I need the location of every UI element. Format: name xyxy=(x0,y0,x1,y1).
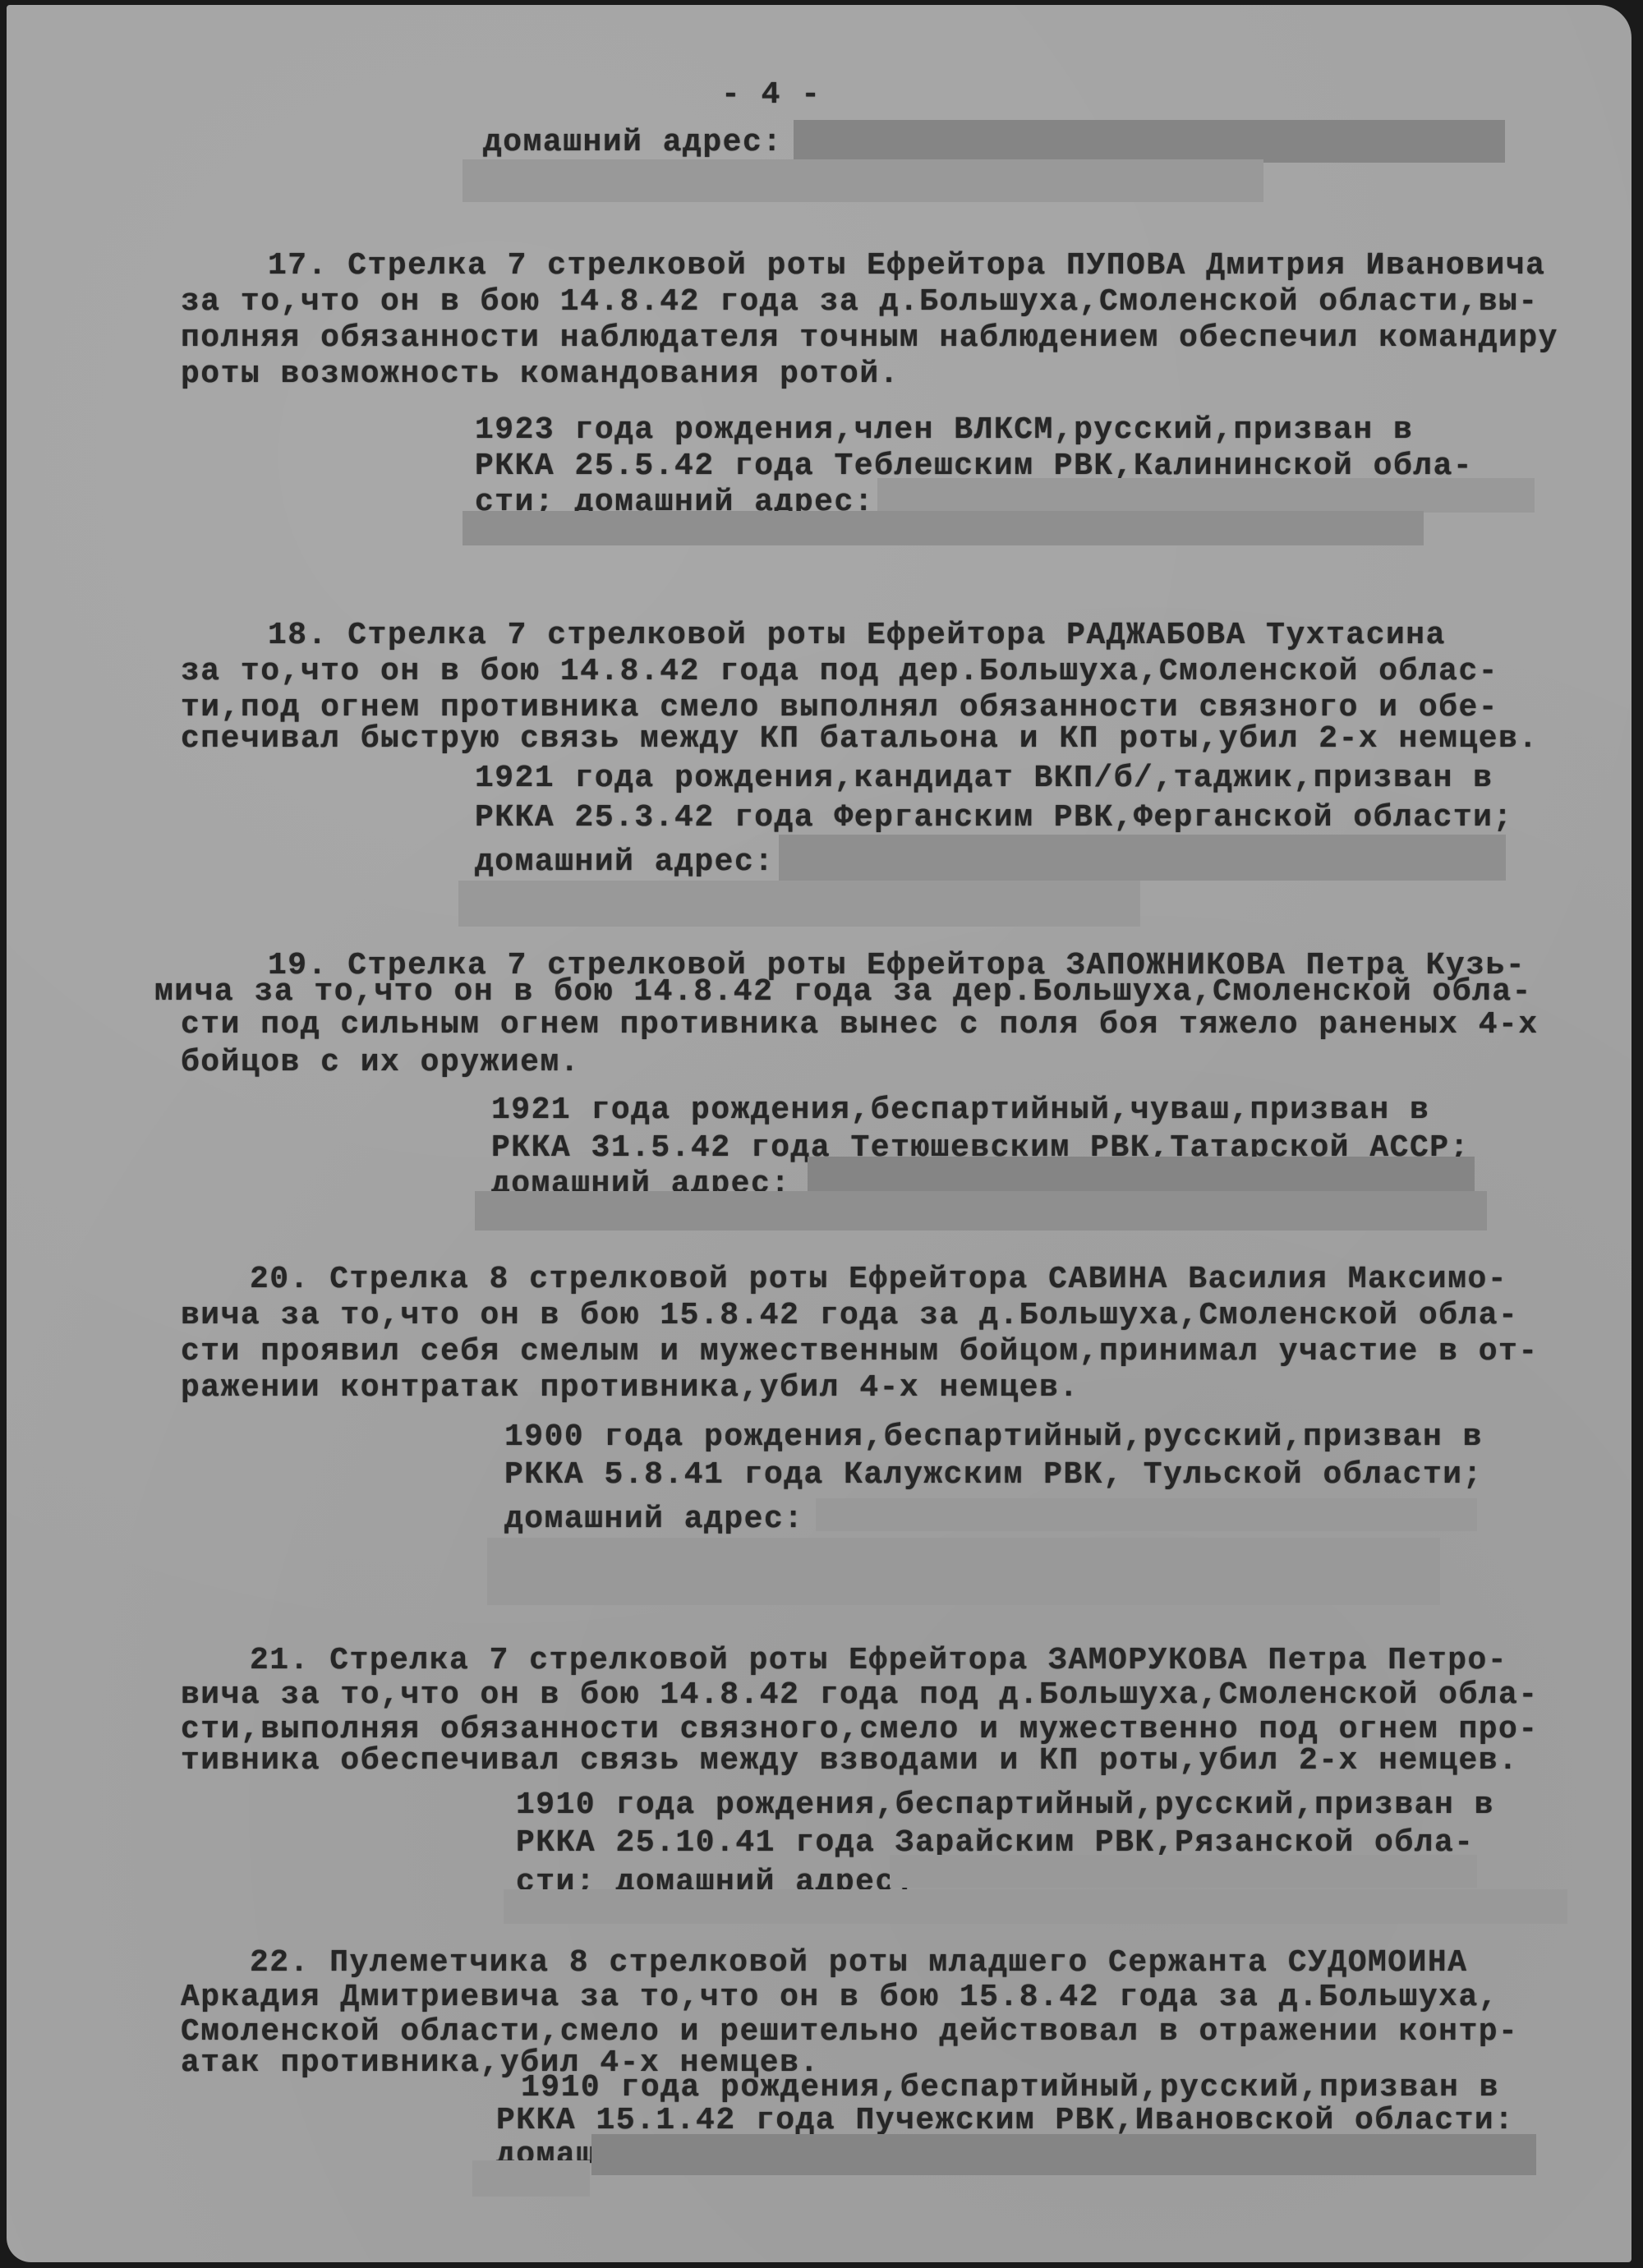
entry-line: спечивал быструю связь между КП батальон… xyxy=(181,721,1539,757)
redacted-address xyxy=(504,1889,1567,1924)
redacted-address xyxy=(591,2134,1536,2175)
redacted-address xyxy=(808,1157,1475,1191)
bio-line: 1921 года рождения,кандидат ВКП/б/,таджи… xyxy=(475,761,1493,797)
entry-line: 17. Стрелка 7 стрелковой роты Ефрейтора … xyxy=(268,248,1545,284)
entry-line: 18. Стрелка 7 стрелковой роты Ефрейтора … xyxy=(268,618,1446,654)
entry-line: вича за то,что он в бою 15.8.42 года за … xyxy=(181,1298,1518,1334)
entry-line: за то,что он в бою 14.8.42 года под дер.… xyxy=(181,654,1498,690)
redacted-address xyxy=(463,159,1263,202)
entry-line: 22. Пулеметчика 8 стрелковой роты младше… xyxy=(250,1945,1468,1981)
redacted-address xyxy=(487,1538,1440,1605)
bio-line: 1923 года рождения,член ВЛКСМ,русский,пр… xyxy=(475,412,1413,449)
entry-line: вича за то,что он в бою 14.8.42 года под… xyxy=(181,1677,1539,1714)
page-number: - 4 - xyxy=(721,77,821,113)
bio-line: 1921 года рождения,беспартийный,чуваш,пр… xyxy=(491,1093,1429,1129)
redacted-address xyxy=(816,1498,1477,1531)
entry-line: роты возможность командования ротой. xyxy=(181,357,900,393)
redacted-address xyxy=(779,835,1506,881)
bio-line: домашний адрес: xyxy=(475,844,775,881)
redacted-address xyxy=(794,120,1505,163)
entry-line: 20. Стрелка 8 стрелковой роты Ефрейтора … xyxy=(250,1262,1507,1298)
bio-line: РККА 25.3.42 года Ферганским РВК,Ферганс… xyxy=(475,800,1513,836)
redacted-address xyxy=(463,511,1424,545)
bio-line: 1910 года рождения,беспартийный,русский,… xyxy=(521,2070,1499,2106)
entry-line: сти проявил себя смелым и мужественным б… xyxy=(181,1334,1539,1370)
entry-line: Аркадия Дмитриевича за то,что он в бою 1… xyxy=(181,1980,1498,2016)
redacted-address xyxy=(890,1855,1477,1888)
entry-line: ражении контратак противника,убил 4-х не… xyxy=(181,1370,1079,1406)
bio-line: домашний адрес: xyxy=(504,1502,804,1538)
entry-line: за то,что он в бою 14.8.42 года за д.Бол… xyxy=(181,284,1539,320)
redacted-address xyxy=(458,881,1140,927)
bio-line: 1910 года рождения,беспартийный,русский,… xyxy=(516,1787,1494,1824)
document-page: - 4 - домашний адрес: 17. Стрелка 7 стре… xyxy=(7,5,1631,2262)
entry-line: тивника обеспечивал связь между взводами… xyxy=(181,1743,1518,1779)
entry-line: мича за то,что он в бою 14.8.42 года за … xyxy=(154,974,1532,1010)
entry-line: 21. Стрелка 7 стрелковой роты Ефрейтора … xyxy=(250,1643,1507,1679)
home-address-label: домашний адрес: xyxy=(483,125,783,161)
bio-line: 1900 года рождения,беспартийный,русский,… xyxy=(504,1419,1483,1456)
entry-line: сти под сильным огнем противника вынес с… xyxy=(181,1007,1539,1043)
redacted-address xyxy=(475,1191,1487,1231)
redacted-address xyxy=(472,2160,590,2197)
entry-line: бойцов с их оружием. xyxy=(181,1045,580,1081)
bio-line: РККА 5.8.41 года Калужским РВК, Тульской… xyxy=(504,1457,1483,1493)
redacted-address xyxy=(877,478,1535,513)
entry-line: полняя обязанности наблюдателя точным на… xyxy=(181,320,1558,357)
